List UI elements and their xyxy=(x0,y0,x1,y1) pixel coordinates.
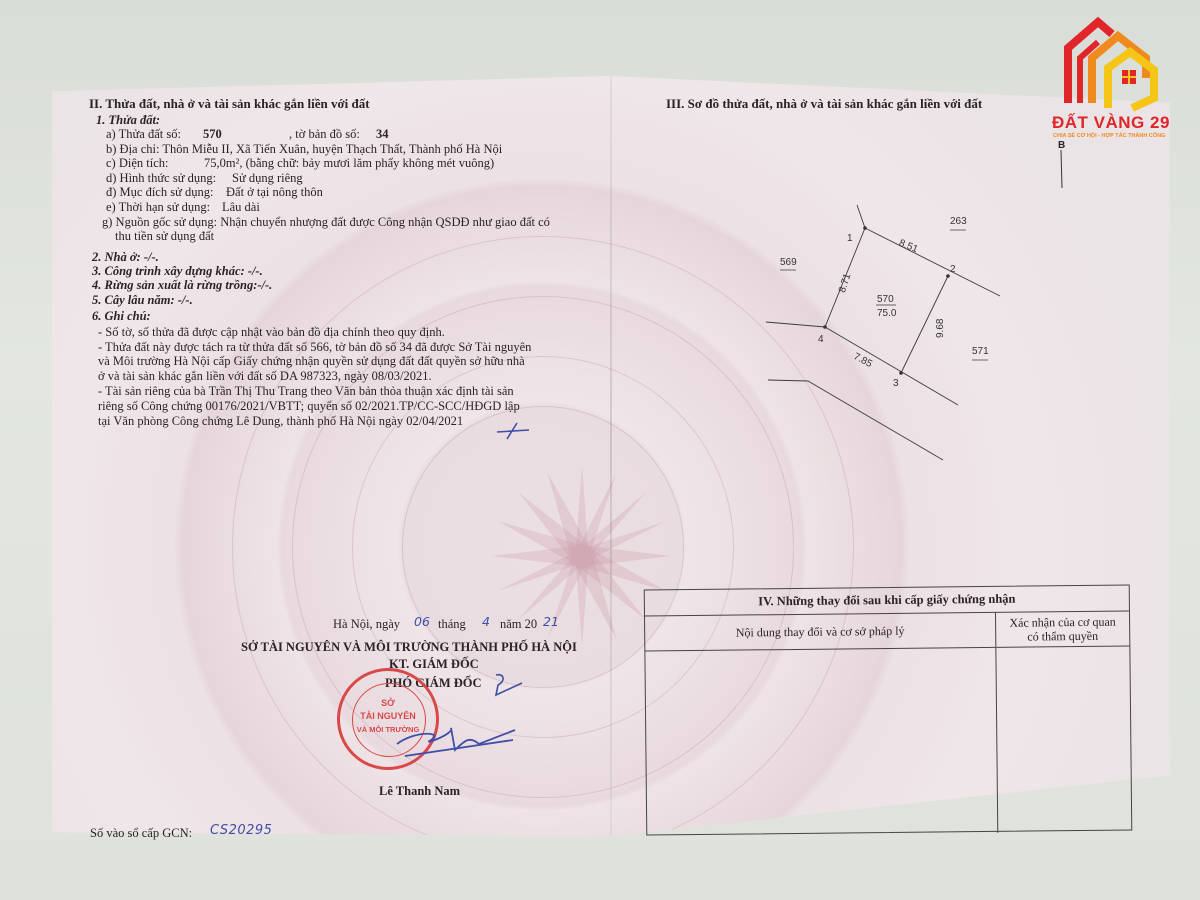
handwritten-signature xyxy=(395,722,520,760)
usage-purpose-label: đ) Mục đích sử dụng: xyxy=(106,185,213,200)
place-date-prefix: Hà Nội, ngày xyxy=(333,617,400,632)
issuing-authority: SỞ TÀI NGUYÊN VÀ MÔI TRƯỜNG THÀNH PHỐ HÀ… xyxy=(241,640,577,655)
area-label: c) Diện tích: xyxy=(106,156,168,171)
parcel-number-label: a) Thửa đất số: xyxy=(106,127,181,142)
usage-form-value: Sử dụng riêng xyxy=(232,171,303,186)
edge-length-4-1: 8.71 xyxy=(837,272,854,294)
issue-year-suffix: 21 xyxy=(543,615,559,630)
stamp-text: TÀI NGUYÊN xyxy=(340,711,436,722)
note-line: ở và tài sản khác gắn liền với đất số DA… xyxy=(98,369,432,384)
col-header-content: Nội dung thay đổi và cơ sở pháp lý xyxy=(645,613,995,652)
parcel-sketch-map: 1 2 3 4 8.51 9.68 7.85 8.71 570 75.0 263… xyxy=(760,190,1060,470)
vertex-label: 1 xyxy=(847,233,853,244)
usage-purpose-value: Đất ở tại nông thôn xyxy=(226,185,323,200)
section2-title: II. Thửa đất, nhà ở và tài sản khác gắn … xyxy=(89,97,370,112)
house-item: 2. Nhà ở: -/-. xyxy=(92,250,159,265)
note-line: tại Văn phòng Công chứng Lê Dung, thành … xyxy=(98,414,463,429)
parcel-area-label: 75.0 xyxy=(877,308,897,319)
neighbor-parcel-263: 263 xyxy=(950,216,967,227)
stamp-text: SỞ xyxy=(340,698,436,709)
year-label: năm 20 xyxy=(500,617,537,632)
production-forest-item: 4. Rừng sản xuất là rừng trồng:-/-. xyxy=(92,278,272,293)
registry-number: CS20295 xyxy=(210,824,272,839)
brand-tagline: CHIA SẺ CƠ HỘI - HỢP TÁC THÀNH CÔNG xyxy=(1053,133,1165,139)
section3-title: III. Sơ đồ thửa đất, nhà ở và tài sản kh… xyxy=(666,97,982,112)
parcel-number-label: 570 xyxy=(877,294,894,305)
edge-length-2-3: 9.68 xyxy=(935,318,946,338)
col-header-confirmation-line1: Xác nhận của cơ quan xyxy=(1009,615,1115,630)
col-header-confirmation-line2: có thẩm quyền xyxy=(1010,629,1116,644)
usage-term-value: Lâu dài xyxy=(222,200,260,215)
parcel-heading: 1. Thửa đất: xyxy=(96,113,160,128)
map-sheet-label: , tờ bản đồ số: xyxy=(289,127,360,142)
perennial-trees-item: 5. Cây lâu năm: -/-. xyxy=(92,293,193,308)
address-line: b) Địa chỉ: Thôn Miễu II, Xã Tiến Xuân, … xyxy=(106,142,502,157)
neighbor-parcel-569: 569 xyxy=(780,257,797,268)
issue-month: 4 xyxy=(482,615,490,630)
initials-mark-icon xyxy=(490,673,526,699)
brand-name: ĐẤT VÀNG 29 xyxy=(1052,113,1170,133)
signer-name: Lê Thanh Nam xyxy=(379,784,460,799)
map-sheet-value: 34 xyxy=(376,127,389,142)
usage-form-label: d) Hình thức sử dụng: xyxy=(106,171,216,186)
note-line: - Tài sản riêng của bà Trần Thị Thu Tran… xyxy=(98,384,514,399)
neighbor-parcel-571: 571 xyxy=(972,346,989,357)
vertex-label: 3 xyxy=(893,378,899,389)
authority-confirmation-column: Xác nhận của cơ quan có thẩm quyền xyxy=(996,611,1131,832)
vertex-label: 4 xyxy=(818,334,824,345)
note-line: và Môi trường Hà Nội cấp Giấy chứng nhận… xyxy=(98,354,525,369)
vertex-label: 2 xyxy=(950,264,956,275)
note-line: - Số tờ, số thửa đã được cập nhật vào bả… xyxy=(98,325,445,340)
north-arrow-icon xyxy=(1058,150,1066,190)
page-fold xyxy=(610,76,612,836)
edge-length-1-2: 8.51 xyxy=(897,238,920,256)
changes-table: IV. Những thay đổi sau khi cấp giấy chứn… xyxy=(644,584,1133,835)
other-construction-item: 3. Công trình xây dựng khác: -/-. xyxy=(92,264,263,279)
note-line: riêng số Công chứng 00176/2021/VBTT; quy… xyxy=(98,399,520,414)
handwritten-mark-icon xyxy=(495,420,531,440)
note-line: - Thửa đất này được tách ra từ thửa đất … xyxy=(98,340,531,355)
registry-label: Số vào sổ cấp GCN: xyxy=(90,826,192,841)
col-header-confirmation: Xác nhận của cơ quan có thẩm quyền xyxy=(996,611,1129,647)
parcel-number-value: 570 xyxy=(203,127,222,142)
usage-origin-line2: thu tiền sử dụng đất xyxy=(115,229,214,244)
changes-content-column: Nội dung thay đổi và cơ sở pháp lý xyxy=(645,613,998,837)
month-label: tháng xyxy=(438,617,466,632)
usage-origin-line1: g) Nguồn gốc sử dụng: Nhận chuyển nhượng… xyxy=(102,215,550,230)
issue-day: 06 xyxy=(414,615,430,630)
area-value: 75,0m², (bằng chữ: bảy mươi lăm phẩy khô… xyxy=(204,156,494,171)
notes-heading: 6. Ghi chú: xyxy=(92,309,151,324)
usage-term-label: e) Thời hạn sử dụng: xyxy=(106,200,210,215)
